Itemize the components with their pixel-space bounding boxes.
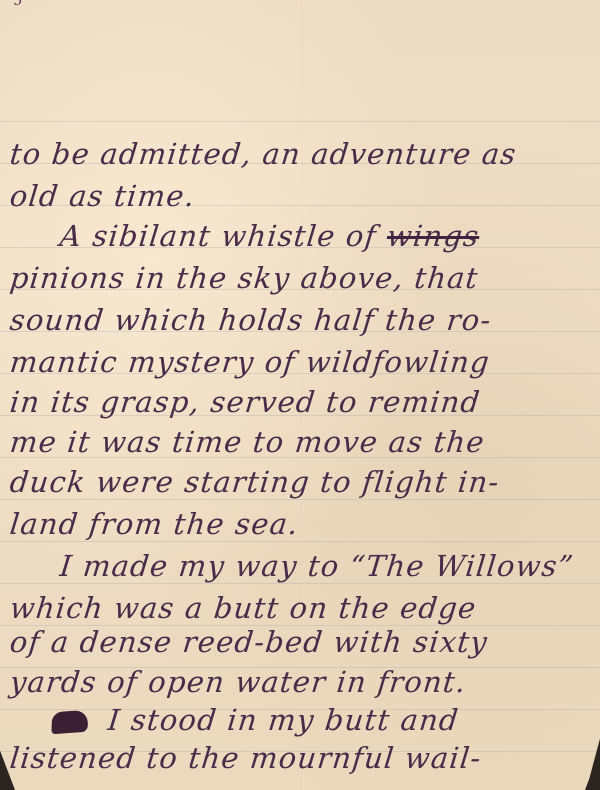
text-line: of a dense reed-bed with sixty — [8, 628, 595, 657]
text-line: old as time. — [8, 182, 595, 211]
text-line: which was a butt on the edge — [8, 594, 595, 623]
text-line-content: I stood in my butt and — [106, 703, 460, 737]
page-number: 5 — [14, 0, 22, 9]
text-line: mantic mystery of wildfowling — [8, 348, 595, 377]
text-line: yards of open water in front. — [8, 668, 595, 697]
struck-out-word: wings — [385, 219, 481, 253]
text-line: A sibilant whistle of wings — [58, 222, 595, 251]
text-line: pinions in the sky above, that — [8, 264, 595, 293]
ruled-line — [0, 583, 600, 584]
faded-text: A sibilant whistle of — [58, 219, 389, 253]
text-line: I stood in my butt and — [50, 706, 595, 735]
ruled-line — [0, 499, 600, 500]
ink-blot — [51, 710, 88, 734]
ruled-line — [0, 121, 600, 122]
text-line: sound which holds half the ro- — [8, 306, 595, 335]
letter-page: 5 to be admitted, an adventure as old as… — [0, 0, 600, 790]
text-line: land from the sea. — [8, 510, 595, 539]
text-line: to be admitted, an adventure as — [8, 140, 595, 169]
text-line: me it was time to move as the — [8, 428, 595, 457]
ruled-line — [0, 541, 600, 542]
text-line: duck were starting to flight in- — [8, 468, 595, 497]
text-line: I made my way to “The Willows” — [58, 552, 595, 581]
text-line: in its grasp, served to remind — [8, 388, 595, 417]
text-line: listened to the mournful wail- — [8, 744, 595, 773]
